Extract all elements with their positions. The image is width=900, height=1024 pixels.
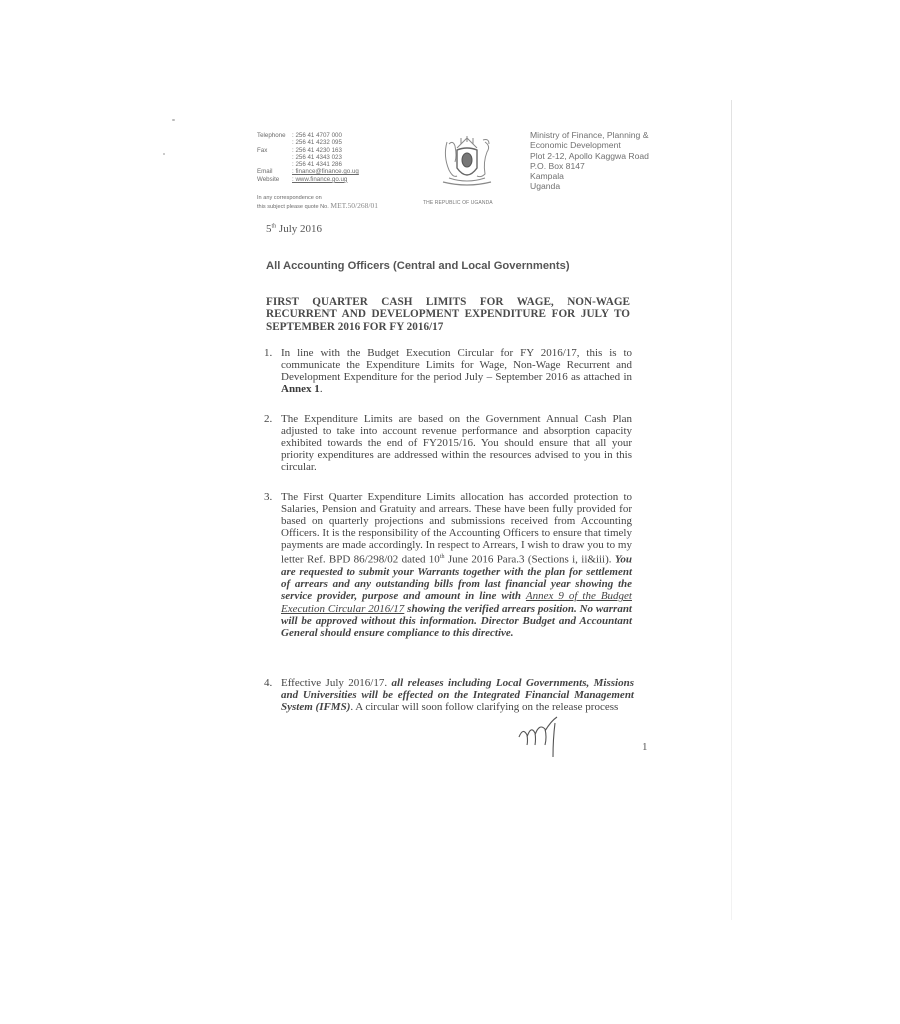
- contact-row: : 256 41 4343 023: [257, 154, 359, 161]
- website-row: Website: www.finance.go.ug: [257, 176, 359, 183]
- paragraph-4: 4. Effective July 2016/17. all releases …: [264, 677, 634, 713]
- coat-of-arms-icon: [435, 132, 499, 192]
- ministry-address: Ministry of Finance, Planning & Economic…: [530, 130, 649, 192]
- email-row: Email: finance@finance.go.ug: [257, 168, 359, 175]
- subject-heading: FIRST QUARTER CASH LIMITS FOR WAGE, NON-…: [266, 296, 630, 333]
- letterhead: Telephone: 256 41 4707 000 : 256 41 4232…: [257, 132, 677, 222]
- page-number: 1: [642, 741, 648, 753]
- scan-speck: [172, 119, 175, 121]
- paragraph-2: 2. The Expenditure Limits are based on t…: [264, 413, 632, 473]
- email-link[interactable]: : finance@finance.go.ug: [292, 168, 359, 175]
- paragraph-1: 1. In line with the Budget Execution Cir…: [264, 347, 632, 395]
- signature-icon: [515, 715, 565, 760]
- contact-row: Telephone: 256 41 4707 000: [257, 132, 359, 139]
- paragraph-3: 3. The First Quarter Expenditure Limits …: [264, 491, 632, 639]
- scan-edge-line: [731, 100, 732, 920]
- website-link[interactable]: : www.finance.go.ug: [292, 176, 347, 183]
- scan-speck: [163, 153, 165, 155]
- reference-number: MET.50/268/01: [330, 201, 378, 210]
- republic-label: THE REPUBLIC OF UGANDA: [423, 200, 493, 206]
- contact-row: : 256 41 4341 286: [257, 161, 359, 168]
- contact-row: Fax: 256 41 4230 163: [257, 147, 359, 154]
- addressee: All Accounting Officers (Central and Loc…: [266, 260, 570, 272]
- letter-date: 5th July 2016: [266, 223, 322, 235]
- contact-row: : 256 41 4232 095: [257, 139, 359, 146]
- contact-details: Telephone: 256 41 4707 000 : 256 41 4232…: [257, 132, 359, 183]
- reference-quote: In any correspondence on this subject pl…: [257, 194, 378, 211]
